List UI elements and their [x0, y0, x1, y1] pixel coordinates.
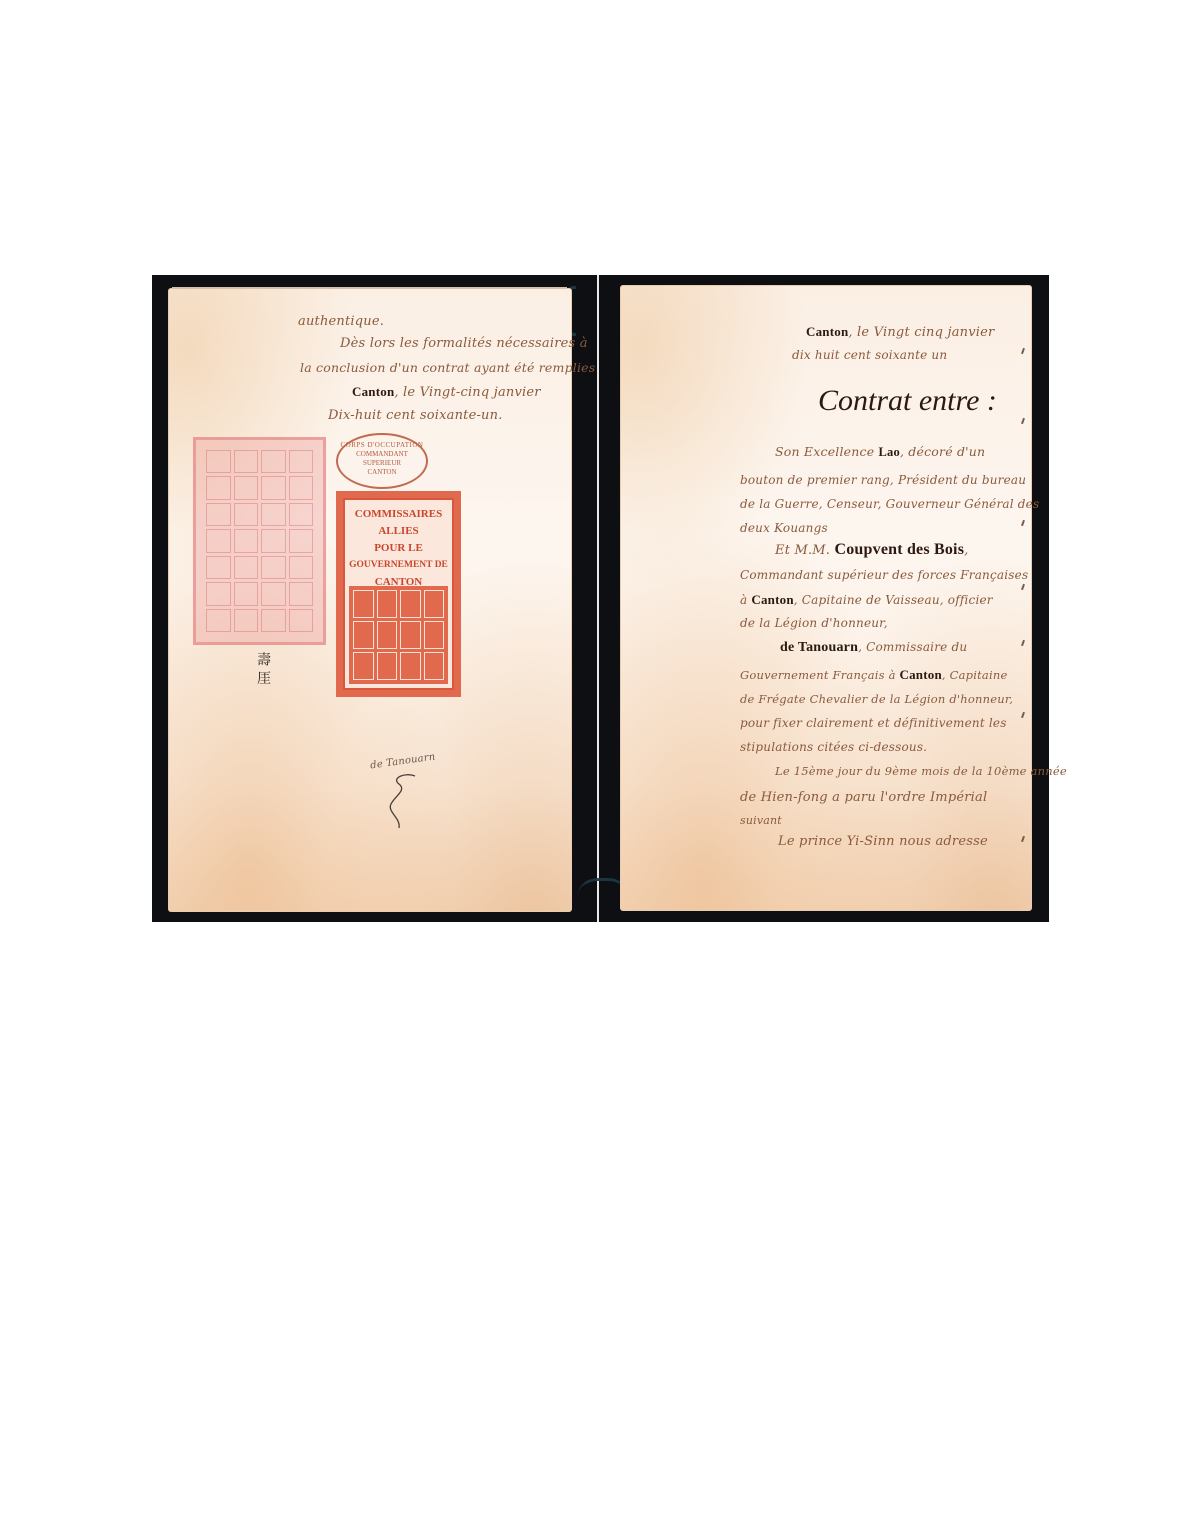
contract-line-15: de Hien-fong a paru l'ordre Impérial [740, 790, 987, 805]
contract-line-1: Son Excellence Lao, décoré d'un [775, 444, 985, 460]
contract-line-9: de Tanouarn, Commissaire du [780, 640, 967, 656]
left-line-5: Dix-huit cent soixante-un. [328, 408, 503, 423]
contract-line-8: de la Légion d'honneur, [740, 616, 888, 630]
oval-stamp-line2: SUPERIEUR [338, 459, 426, 468]
contract-line-14: Le 15ème jour du 9ème mois de la 10ème a… [775, 764, 1067, 778]
chinese-seal [193, 437, 326, 645]
name-de-tanouarn: de Tanouarn [780, 640, 858, 655]
place-canton-2: Canton [751, 592, 793, 607]
contract-line-2: bouton de premier rang, Président du bur… [740, 473, 1026, 487]
seal-line-3: POUR LE [345, 540, 452, 557]
contract-line-4: deux Kouangs [740, 521, 828, 535]
left-line-1: authentique. [298, 314, 384, 329]
contract-title: Contrat entre : [818, 384, 997, 418]
contract-line-5-post: , [964, 543, 968, 558]
spread-divider [597, 275, 599, 922]
contract-line-16: suivant [740, 814, 782, 827]
header-place-canton: Canton [806, 324, 848, 339]
contract-line-12: pour fixer clairement et définitivement … [740, 716, 1007, 730]
oval-stamp-arc: CORPS D'OCCUPATION [338, 441, 426, 450]
contract-line-5-pre: Et M.M. [775, 543, 834, 558]
contract-line-10-post: , Capitaine [942, 668, 1008, 682]
oval-stamp-line3: CANTON [338, 468, 426, 477]
oval-stamp-line1: COMMANDANT [338, 450, 426, 459]
seal-line-2: ALLIES [345, 523, 452, 540]
contract-line-9-post: , Commissaire du [858, 640, 967, 654]
contract-line-5: Et M.M. Coupvent des Bois, [775, 541, 968, 559]
contract-line-3: de la Guerre, Censeur, Gouverneur Généra… [740, 497, 1039, 511]
contract-line-11: de Frégate Chevalier de la Légion d'honn… [740, 692, 1013, 706]
contract-line-7-post: , Capitaine de Vaisseau, officier [794, 593, 993, 607]
contract-line-17: Le prince Yi-Sinn nous adresse [778, 834, 988, 849]
header-date: , le Vingt cinq janvier [848, 325, 994, 340]
left-line-4: Canton, le Vingt-cinq janvier [352, 384, 541, 400]
contract-line-1-post: , décoré d'un [900, 444, 985, 459]
name-lao: Lao [879, 445, 900, 459]
seal-line-4: GOUVERNEMENT DE [345, 557, 452, 574]
commissioners-seal: COMMISSAIRES ALLIES POUR LE GOUVERNEMENT… [336, 491, 461, 697]
date-text: , le Vingt-cinq janvier [394, 385, 540, 400]
left-line-3: la conclusion d'un contrat ayant été rem… [300, 360, 595, 375]
oval-stamp-corps-occupation: CORPS D'OCCUPATION COMMANDANT SUPERIEUR … [336, 433, 428, 489]
seal-chinese-characters [349, 586, 448, 684]
right-header-line-2: dix huit cent soixante un [792, 348, 947, 362]
contract-line-10: Gouvernement Français à Canton, Capitain… [740, 667, 1007, 683]
left-page-edge [172, 287, 567, 289]
right-header-line-1: Canton, le Vingt cinq janvier [806, 324, 994, 340]
seal-line-1: COMMISSAIRES [345, 506, 452, 523]
contract-line-13: stipulations citées ci-dessous. [740, 740, 927, 754]
name-coupvent-des-bois: Coupvent des Bois [834, 541, 964, 558]
contract-line-7: à Canton, Capitaine de Vaisseau, officie… [740, 592, 993, 608]
signature-flourish [385, 770, 425, 834]
contract-line-7-pre: à [740, 593, 751, 607]
chinese-signature: 壽 厓 [258, 652, 274, 684]
contract-line-10-pre: Gouvernement Français à [740, 668, 900, 682]
place-canton: Canton [352, 384, 394, 399]
contract-line-1-pre: Son Excellence [775, 444, 879, 459]
left-line-2: Dès lors les formalités nécessaires à [340, 336, 588, 351]
place-canton-3: Canton [900, 667, 942, 682]
contract-line-6: Commandant supérieur des forces Français… [740, 568, 1028, 582]
